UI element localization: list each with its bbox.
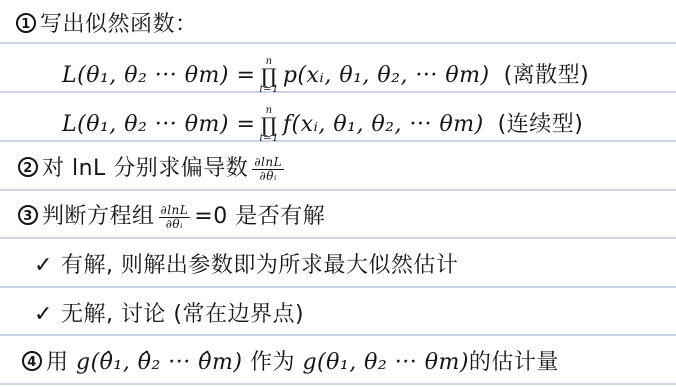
step-number-marker: 4 bbox=[22, 351, 42, 371]
step1-title: 写出似然函数： bbox=[40, 12, 198, 37]
product-lower-limit: i=1 bbox=[259, 85, 278, 95]
estimator-expression: g(θ̂₁, θ̂₂ ··· θ̂m) bbox=[76, 350, 242, 375]
fraction-numerator: ∂lnL bbox=[159, 204, 191, 218]
step4-text-1: 用 bbox=[46, 350, 69, 375]
case-no-solution-text: 无解, 讨论 (常在边界点) bbox=[61, 302, 304, 327]
ruled-line bbox=[0, 189, 676, 191]
likelihood-discrete-formula: L(θ₁, θ₂ ··· θm) =n∏i=1p(xᵢ, θ₁, θ₂, ···… bbox=[62, 57, 589, 95]
partial-derivative-fraction: ∂lnL∂θᵢ bbox=[159, 204, 191, 231]
case-has-solution-text: 有解, 则解出参数即为所求最大似然估计 bbox=[61, 253, 459, 278]
step3-text-before: 判断方程组 bbox=[42, 204, 155, 229]
partial-derivative-fraction: ∂lnL∂θᵢ bbox=[252, 156, 284, 183]
step4-line: 4用 g(θ̂₁, θ̂₂ ··· θ̂m) 作为 g(θ₁, θ₂ ··· θ… bbox=[22, 348, 559, 378]
type-label-continuous: (连续型) bbox=[498, 112, 584, 137]
step4-text-2: 作为 bbox=[250, 350, 295, 375]
ruled-line bbox=[0, 383, 676, 385]
check-icon: ✓ bbox=[34, 253, 53, 278]
step3-line: 3判断方程组∂lnL∂θᵢ=0 是否有解 bbox=[18, 202, 325, 232]
case-no-solution: ✓无解, 讨论 (常在边界点) bbox=[34, 300, 304, 330]
target-expression: g(θ₁, θ₂ ··· θm) bbox=[302, 350, 468, 375]
step-number-marker: 3 bbox=[18, 205, 38, 225]
ruled-line bbox=[0, 237, 676, 239]
step2-line: 2对 lnL 分别求偏导数∂lnL∂θᵢ bbox=[18, 154, 288, 184]
step-number-marker: 1 bbox=[16, 13, 36, 33]
formula-lhs: L(θ₁, θ₂ ··· θm) = bbox=[62, 63, 255, 88]
handwritten-notes-page: 1写出似然函数： L(θ₁, θ₂ ··· θm) =n∏i=1p(xᵢ, θ₁… bbox=[0, 0, 676, 387]
product-symbol: ∏ bbox=[261, 116, 277, 134]
product-operator: n∏i=1 bbox=[259, 57, 278, 95]
fraction-denominator: ∂θᵢ bbox=[260, 170, 277, 183]
ruled-line bbox=[0, 42, 676, 44]
likelihood-continuous-formula: L(θ₁, θ₂ ··· θm) =n∏i=1f(xᵢ, θ₁, θ₂, ···… bbox=[62, 106, 583, 144]
step4-text-3: 的估计量 bbox=[469, 350, 559, 375]
formula-lhs: L(θ₁, θ₂ ··· θm) = bbox=[62, 112, 255, 137]
step-number-marker: 2 bbox=[18, 157, 38, 177]
product-lower-limit: i=1 bbox=[259, 134, 278, 144]
step1-heading: 1写出似然函数： bbox=[16, 10, 198, 40]
step3-text-after: =0 是否有解 bbox=[194, 204, 325, 229]
product-operator: n∏i=1 bbox=[259, 106, 278, 144]
fraction-denominator: ∂θᵢ bbox=[166, 218, 183, 231]
product-symbol: ∏ bbox=[261, 67, 277, 85]
check-icon: ✓ bbox=[34, 302, 53, 327]
ruled-line bbox=[0, 286, 676, 288]
fraction-numerator: ∂lnL bbox=[252, 156, 284, 170]
ruled-line bbox=[0, 334, 676, 336]
formula-rhs: p(xᵢ, θ₁, θ₂, ··· θm) bbox=[283, 63, 490, 88]
formula-rhs: f(xᵢ, θ₁, θ₂, ··· θm) bbox=[283, 112, 484, 137]
step2-text: 对 lnL 分别求偏导数 bbox=[42, 156, 248, 181]
type-label-discrete: (离散型) bbox=[504, 63, 590, 88]
case-has-solution: ✓有解, 则解出参数即为所求最大似然估计 bbox=[34, 251, 458, 281]
